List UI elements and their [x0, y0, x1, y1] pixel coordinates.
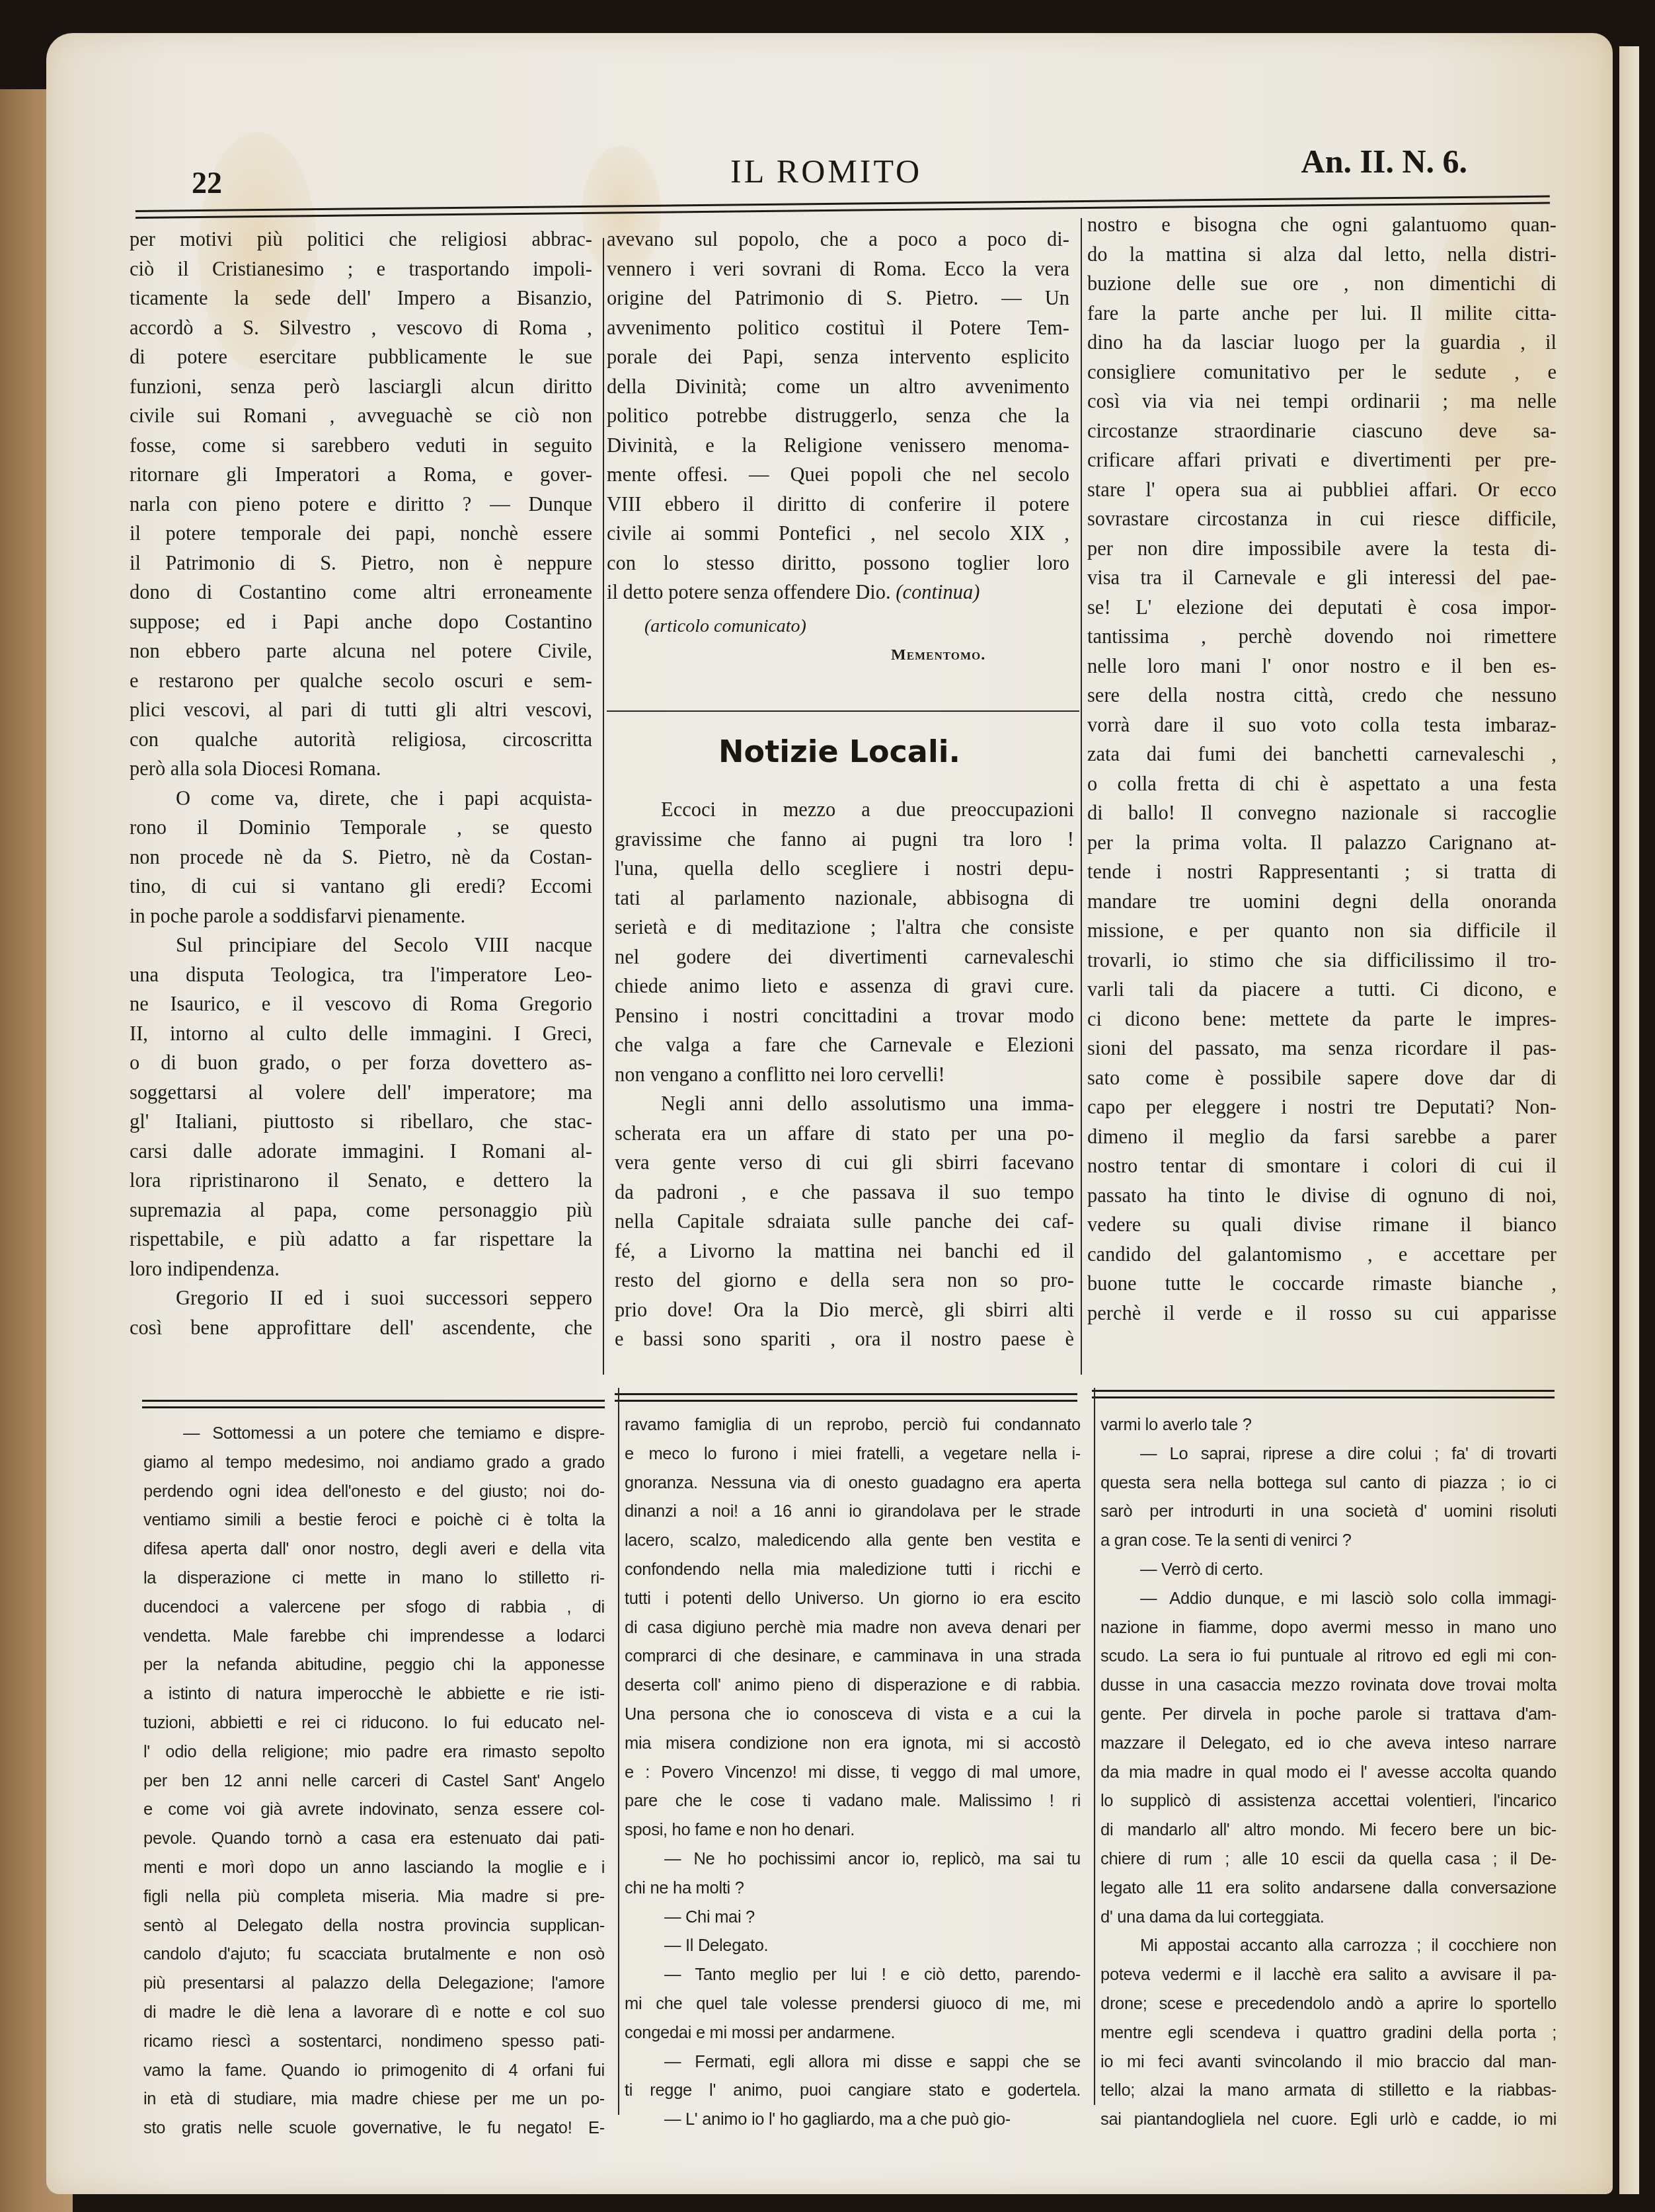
text-line: sato come è possibile sapere dove dar di	[1087, 1063, 1557, 1093]
text-line: lora ripristinarono il Senato, e dettero…	[130, 1166, 592, 1196]
page-edge	[1619, 46, 1639, 2194]
text-line: dusse in una casaccia mezzo rovinata dov…	[1100, 1671, 1557, 1700]
text-line: — Lo saprai, riprese a dire colui ; fa' …	[1100, 1440, 1557, 1469]
masthead-title: IL ROMITO	[730, 152, 922, 190]
text-line: Pensino i nostri concittadini a trovar m…	[615, 1001, 1074, 1031]
text-line: congedai e mi mossi per andarmene.	[625, 2019, 1081, 2048]
text-line: tutti i potenti dello Universo. Un giorn…	[625, 1585, 1081, 1614]
text-line: serietà e di meditazione ; l'altra che c…	[615, 913, 1074, 942]
text-line: tantissima , perchè dovendo noi rimetter…	[1087, 622, 1557, 652]
text-line: vorrà dare il suo voto colla testa imbar…	[1087, 710, 1557, 740]
text-line: con qualche autorità religiosa, circoscr…	[130, 725, 592, 755]
text-line: — Fermati, egli allora mi disse e sappi …	[625, 2048, 1081, 2077]
text-line: una disputa Teologica, tra l'imperatore …	[130, 960, 592, 990]
text-line: porale dei Papi, senza intervento esplic…	[607, 342, 1069, 372]
text-line: — Chi mai ?	[625, 1903, 1081, 1932]
text-line: giamo al tempo medesimo, noi andiamo gra…	[143, 1449, 605, 1478]
text-line: a gran cose. Te la senti di venirci ?	[1100, 1527, 1557, 1556]
text-line: nostro e bisogna che ogni galantuomo qua…	[1087, 210, 1557, 240]
text-line: vamo la fame. Quando io primogenito di 4…	[143, 2057, 605, 2086]
text-line: rono il Dominio Temporale , se questo	[130, 813, 592, 843]
text-line: prio dove! Ora la Dio mercè, gli sbirri …	[615, 1295, 1074, 1325]
text-line: vennero i veri sovrani di Roma. Ecco la …	[607, 254, 1069, 284]
article-column-2: avevano sul popolo, che a poco a poco di…	[607, 225, 1069, 607]
text-line: di mandarlo all' altro mondo. Mi fecero …	[1100, 1816, 1557, 1845]
text-line: varmi lo averlo tale ?	[1100, 1411, 1557, 1440]
text-line: sere della nostra città, credo che nessu…	[1087, 681, 1557, 710]
text-line: Una persona che io conosceva di vista e …	[625, 1700, 1081, 1730]
text-line: mi che quel tale volesse prendersi giuoc…	[625, 1990, 1081, 2019]
feuilleton-column-3: varmi lo averlo tale ?— Lo saprai, ripre…	[1100, 1411, 1557, 2135]
article-note: (articolo comunicato)	[644, 616, 806, 637]
text-line: chiede animo lieto e assenza di gravi cu…	[615, 972, 1074, 1001]
text-line: o di buon grado, o per forza dovettero a…	[130, 1048, 592, 1078]
text-line: ti regge l' animo, puoi cangiare stato e…	[625, 2077, 1081, 2106]
text-line: nella Capitale sdraiata sulle panche dei…	[615, 1207, 1074, 1237]
text-line: nazione in fiamme, dopo avermi messo in …	[1100, 1614, 1557, 1643]
text-line: — Sottomessi a un potere che temiamo e d…	[143, 1420, 605, 1449]
text-line: — Verrò di certo.	[1100, 1556, 1557, 1585]
text-line: e restarono per qualche secolo oscuri e …	[130, 666, 592, 696]
text-line: VIII ebbero il diritto di conferire il p…	[607, 490, 1069, 519]
text-line: scudo. La sera io fui puntuale al ritrov…	[1100, 1642, 1557, 1671]
text-line: funzioni, senza però lasciargli alcun di…	[130, 372, 592, 402]
text-line: II, intorno al culto delle immagini. I G…	[130, 1019, 592, 1049]
text-line: la disperazione ci mette in mano lo stil…	[143, 1564, 605, 1593]
text-line: menti e morì dopo un anno lasciando la m…	[143, 1854, 605, 1883]
text-line: resto del giorno e della sera non so pro…	[615, 1266, 1074, 1295]
text-line: O come va, direte, che i papi acquista-	[130, 784, 592, 814]
text-line: visa tra il Carnevale e gli interessi de…	[1087, 563, 1557, 593]
page-number: 22	[192, 165, 222, 200]
text-line: Eccoci in mezzo a due preoccupazioni	[615, 795, 1074, 825]
text-line: sentò al Delegato della nostra provincia…	[143, 1912, 605, 1941]
text-line: nel godere dei divertimenti carnevalesch…	[615, 942, 1074, 972]
text-line: sioni del passato, ma senza ricordare il…	[1087, 1034, 1557, 1063]
text-line: Mi appostai accanto alla carrozza ; il c…	[1100, 1932, 1557, 1961]
text-line: chi ne ha molti ?	[625, 1874, 1081, 1903]
text-line: tello; alzai la mano armata di stilletto…	[1100, 2077, 1557, 2106]
text-line: l'una, quella dello scegliere i nostri d…	[615, 854, 1074, 884]
text-line: non procede nè da S. Pietro, nè da Costa…	[130, 843, 592, 872]
text-line: Divinità, e la Religione venissero menom…	[607, 431, 1069, 461]
text-line: lacero, scalzo, maledicendo alla gente b…	[625, 1527, 1081, 1556]
article-author: Mementomo.	[891, 646, 985, 664]
text-line: ravamo famiglia di un reprobo, perciò fu…	[625, 1411, 1081, 1440]
text-line: il potere temporale dei papi, nonchè ess…	[130, 519, 592, 549]
text-line: non ebbero parte alcuna nel potere Civil…	[130, 636, 592, 666]
text-line: — Ne ho pochissimi ancor io, replicò, ma…	[625, 1845, 1081, 1874]
text-line: mazzare il Delegato, ed io che aveva int…	[1100, 1730, 1557, 1759]
continua-label: (continua)	[891, 581, 980, 603]
text-line: avevano sul popolo, che a poco a poco di…	[607, 225, 1069, 254]
text-line: di potere esercitare pubblicamente le su…	[130, 342, 592, 372]
text-line: sto gratis nelle scuole governative, le …	[143, 2114, 605, 2143]
text-line: plici vescovi, al pari di tutti gli altr…	[130, 695, 592, 725]
article-column-1: per motivi più politici che religiosi ab…	[130, 225, 592, 1342]
text-line: da padroni , e che passava il suo tempo	[615, 1178, 1074, 1207]
text-line: scherata era un affare di stato per una …	[615, 1119, 1074, 1149]
text-line: — Addio dunque, e mi lasciò solo colla i…	[1100, 1585, 1557, 1614]
text-line: ducendoci a valercene per sfogo di rabbi…	[143, 1593, 605, 1622]
text-line: e meco lo furono i miei fratelli, a vege…	[625, 1440, 1081, 1469]
text-line: di casa digiuno perchè mia madre non ave…	[625, 1614, 1081, 1643]
text-line: dinanzi a noi! a 16 anni io girandolava …	[625, 1498, 1081, 1527]
text-line: per la prima volta. Il palazzo Carignano…	[1087, 828, 1557, 858]
text-line: origine del Patrimonio di S. Pietro. — U…	[607, 284, 1069, 313]
text-line: se! L' elezione dei deputati è cosa impo…	[1087, 593, 1557, 623]
text-line: buzione delle sue ore , non dimentichi d…	[1087, 269, 1557, 299]
text-line: così via via nei tempi ordinarii ; ma ne…	[1087, 387, 1557, 416]
text-line: tuzioni, abbietti e rei ci riducono. Io …	[143, 1709, 605, 1738]
text-line: pare che le cose ti vadano male. Malissi…	[625, 1787, 1081, 1816]
text-line: dono di Costantino come altri erroneamen…	[130, 578, 592, 607]
text-line: difesa aperta dall' onor nostro, degli a…	[143, 1535, 605, 1564]
text-line: comprarci di che desinare, e camminava i…	[625, 1642, 1081, 1671]
text-line: pevole. Quando tornò a casa era estenuat…	[143, 1825, 605, 1854]
text-line: ci dicono bene: mettete da parte le impr…	[1087, 1005, 1557, 1034]
text-line: gente. Per dirvela in poche parole si tr…	[1100, 1700, 1557, 1730]
text-line: d' una dama da lui corteggiata.	[1100, 1903, 1557, 1932]
text-line: più presentarsi al palazzo della Delegaz…	[143, 1969, 605, 1999]
text-line: Sul principiare del Secolo VIII nacque	[130, 931, 592, 960]
text-line: fosse, come si sarebbero veduti in segui…	[130, 431, 592, 461]
text-line: e come voi già avrete indovinato, senza …	[143, 1796, 605, 1825]
text-line: in poche parole a soddisfarvi pienamente…	[130, 901, 592, 931]
text-line: sai piantandogliela nel cuore. Egli urlò…	[1100, 2106, 1557, 2135]
column-divider	[1081, 218, 1082, 1375]
text-line: gl' Italiani, piuttosto si ribellaro, ch…	[130, 1107, 592, 1137]
issue-number: An. II. N. 6.	[1301, 142, 1467, 180]
text-line: consigliere comunitativo per le sedute ,…	[1087, 358, 1557, 387]
text-line: sarò per introdurti in una società d' uo…	[1100, 1498, 1557, 1527]
text-line: in età di studiare, mia madre chiese per…	[143, 2085, 605, 2114]
text-line: — Il Delegato.	[625, 1932, 1081, 1961]
text-line: civile sui Romani , avveguachè se ciò no…	[130, 401, 592, 431]
text-line: e : Povero Vincenzo! mi disse, ti veggo …	[625, 1759, 1081, 1788]
text-line: mandare tre uomini degni della onoranda	[1087, 887, 1557, 917]
text-line: di ballo! Il convegno nazionale si racco…	[1087, 798, 1557, 828]
text-line: non vengano a conflitto nei loro cervell…	[615, 1060, 1074, 1090]
feuilleton-rule	[142, 1400, 605, 1408]
text-line: missione, e per quanto non sia difficile…	[1087, 916, 1557, 946]
text-line: soggettarsi al volere dell' imperatore; …	[130, 1078, 592, 1108]
text-line: passato ha tinto le divise di ognuno di …	[1087, 1181, 1557, 1211]
text-line: circostanze straordinarie ciascuno deve …	[1087, 416, 1557, 446]
text-line: perdendo ogni idea dell'onesto e del giu…	[143, 1478, 605, 1507]
text-line: con lo stesso diritto, possono toglier l…	[607, 549, 1069, 578]
section-title-notizie-locali: Notizie Locali.	[608, 734, 1071, 769]
text-line: a istinto di natura imperocchè le abbiet…	[143, 1680, 605, 1709]
text-line: capo per eleggere i nostri tre Deputati?…	[1087, 1092, 1557, 1122]
text-line: l' odio della religione; mio padre era r…	[143, 1738, 605, 1767]
feuilleton-divider	[1094, 1388, 1095, 2105]
text-line: tende i nostri Rappresentanti ; si tratt…	[1087, 857, 1557, 887]
text-line: gnoranza. Nessuna via di onesto guadagno…	[625, 1469, 1081, 1498]
text-line: stare l' opera sua ai pubbliei affari. O…	[1087, 475, 1557, 505]
text-line: accordò a S. Silvestro , vescovo di Roma…	[130, 313, 592, 343]
text-line: sovrastare circostanza in cui riesce dif…	[1087, 504, 1557, 534]
text-line: fé, a Livorno la mattina nei banchi ed i…	[615, 1237, 1074, 1266]
text-line: gravissime che fanno ai pugni tra loro !	[615, 825, 1074, 855]
text-line: chiere di rum ; alle 10 escii da quella …	[1100, 1845, 1557, 1874]
text-line: do la mattina si alza dal letto, nella d…	[1087, 240, 1557, 270]
text-line: deserta coll' animo pieno di disperazion…	[625, 1671, 1081, 1700]
text-line: drone; scese e precedendolo andò a aprir…	[1100, 1990, 1557, 2019]
text-line: trovarli, io stimo che sia difficilissim…	[1087, 946, 1557, 975]
text-line: suppose; ed i Papi anche dopo Costantino	[130, 607, 592, 637]
text-line: vera gente verso di cui gli sbirri facev…	[615, 1148, 1074, 1178]
text-line: confondendo nella mia maledizione tutti …	[625, 1556, 1081, 1585]
text-line: mia misera condizione non era ignota, mi…	[625, 1730, 1081, 1759]
text-line: per ben 12 anni nelle carceri di Castel …	[143, 1767, 605, 1796]
text-line: ne Isaurico, e il vescovo di Roma Gregor…	[130, 989, 592, 1019]
text-line: e bassi sono spariti , ora il nostro pae…	[615, 1324, 1074, 1354]
text-line: ciò il Cristianesimo ; e trasportando im…	[130, 254, 592, 284]
text-line: per non dire impossibile avere la testa …	[1087, 534, 1557, 564]
text-line: buone tutte le coccarde rimaste bianche …	[1087, 1269, 1557, 1299]
text-line: sposi, ho fame e non ho denari.	[625, 1816, 1081, 1845]
text-line: supremazia al papa, come personaggio più	[130, 1196, 592, 1225]
text-line: ticamente la sede dell' Impero a Bisanzi…	[130, 284, 592, 313]
text-line: che valga a fare che Carnevale e Elezion…	[615, 1030, 1074, 1060]
text-line: rispettabile, e più adatto a far rispett…	[130, 1225, 592, 1254]
text-line: lo supplicò di assistenza accettai volen…	[1100, 1787, 1557, 1816]
text-line: io mi feci avanti svincolando il mio bra…	[1100, 2048, 1557, 2077]
feuilleton-divider	[618, 1388, 619, 2115]
page-header: 22 IL ROMITO An. II. N. 6.	[192, 142, 1487, 195]
text-line: candolo d'ajuto; fu scacciata brutalment…	[143, 1940, 605, 1969]
text-line: per motivi più politici che religiosi ab…	[130, 225, 592, 254]
text-line: dino ha da lasciar luogo per la guardia …	[1087, 328, 1557, 358]
text-line: per la nefanda abitudine, peggio chi la …	[143, 1651, 605, 1680]
text-line: civile ai sommi Pontefici , nel secolo X…	[607, 519, 1069, 549]
text-line: tati al parlamento nazionale, abbisogna …	[615, 884, 1074, 913]
feuilleton-column-2: ravamo famiglia di un reprobo, perciò fu…	[625, 1411, 1081, 2135]
text-line: narla con pieno potere e diritto ? — Dun…	[130, 490, 592, 519]
text-line: zata dai fumi dei banchetti carnevalesch…	[1087, 740, 1557, 769]
text-line: crificare affari privati e divertimenti …	[1087, 445, 1557, 475]
text-line: vendetta. Male farebbe chi imprendesse a…	[143, 1622, 605, 1652]
text-line: perchè il verde e il rosso su cui appari…	[1087, 1299, 1557, 1328]
text-line: ventiamo simili a bestie feroci e poichè…	[143, 1506, 605, 1535]
feuilleton-rule	[1092, 1390, 1555, 1398]
text-line: vedere su quali divise rimane il bianco	[1087, 1210, 1557, 1240]
section-divider	[607, 710, 1079, 712]
feuilleton-column-1: — Sottomessi a un potere che temiamo e d…	[143, 1420, 605, 2143]
column-divider	[603, 238, 604, 1375]
text-line: — Tanto meglio per lui ! e ciò detto, pa…	[625, 1961, 1081, 1990]
text-line: della Divinità; come un altro avveniment…	[607, 372, 1069, 402]
text-line: il Patrimonio di S. Pietro, non è neppur…	[130, 549, 592, 578]
text-line: tino, di cui si vantano gli eredi? Eccom…	[130, 872, 592, 901]
text-line: candido del galantomismo , e accettare p…	[1087, 1240, 1557, 1270]
text-line: da mia madre in qual modo ei l' avesse a…	[1100, 1759, 1557, 1788]
text-line: questa sera nella bottega sul canto di p…	[1100, 1469, 1557, 1498]
text-line: poteva vedermi e il lacchè era salito a …	[1100, 1961, 1557, 1990]
text-line: ritornare gli Imperatori a Roma, e gover…	[130, 460, 592, 490]
text-line: mentre egli scendeva i quattro gradini d…	[1100, 2019, 1557, 2048]
notizie-column-3: nostro e bisogna che ogni galantuomo qua…	[1087, 210, 1557, 1328]
text-line: dimeno il meglio da farsi sarebbe a pare…	[1087, 1122, 1557, 1152]
feuilleton-rule	[615, 1393, 1077, 1402]
text-line: però alla sola Diocesi Romana.	[130, 754, 592, 784]
text-line: varli tali da piacere a tutti. Ci dicono…	[1087, 975, 1557, 1005]
text-line: loro indipendenza.	[130, 1254, 592, 1284]
text-line: politico potrebbe distruggerlo, senza ch…	[607, 401, 1069, 431]
text-line: avvenimento politico costituì il Potere …	[607, 313, 1069, 343]
text-line: — L' animo io l' ho gagliardo, ma a che …	[625, 2106, 1081, 2135]
text-line: il detto potere senza offendere Dio. (co…	[607, 578, 1069, 607]
text-line: Negli anni dello assolutismo una imma-	[615, 1089, 1074, 1119]
notizie-column-2: Eccoci in mezzo a due preoccupazionigrav…	[615, 795, 1074, 1354]
text-line: di madre le diè lena a lavorare dì e not…	[143, 1999, 605, 2028]
text-line: Gregorio II ed i suoi successori seppero	[130, 1283, 592, 1313]
text-line: nostro tentar di smontare i colori di cu…	[1087, 1151, 1557, 1181]
text-line: fare la parte anche per lui. Il milite c…	[1087, 299, 1557, 328]
text-line: o colla fretta di chi è aspettato a una …	[1087, 769, 1557, 799]
text-line: nelle loro mani l' onor nostro e il ben …	[1087, 652, 1557, 681]
text-line: figli nella più completa miseria. Mia ma…	[143, 1883, 605, 1912]
text-line: mente offesi. — Quei popoli che nel seco…	[607, 460, 1069, 490]
text-line: legato alle 11 era solito andarsene dall…	[1100, 1874, 1557, 1903]
text-line: così bene approfittare dell' ascendente,…	[130, 1313, 592, 1343]
text-line: ricamo riescì a sostentarci, nondimeno s…	[143, 2028, 605, 2057]
text-line: carsi dalle adorate immagini. I Romani a…	[130, 1137, 592, 1166]
